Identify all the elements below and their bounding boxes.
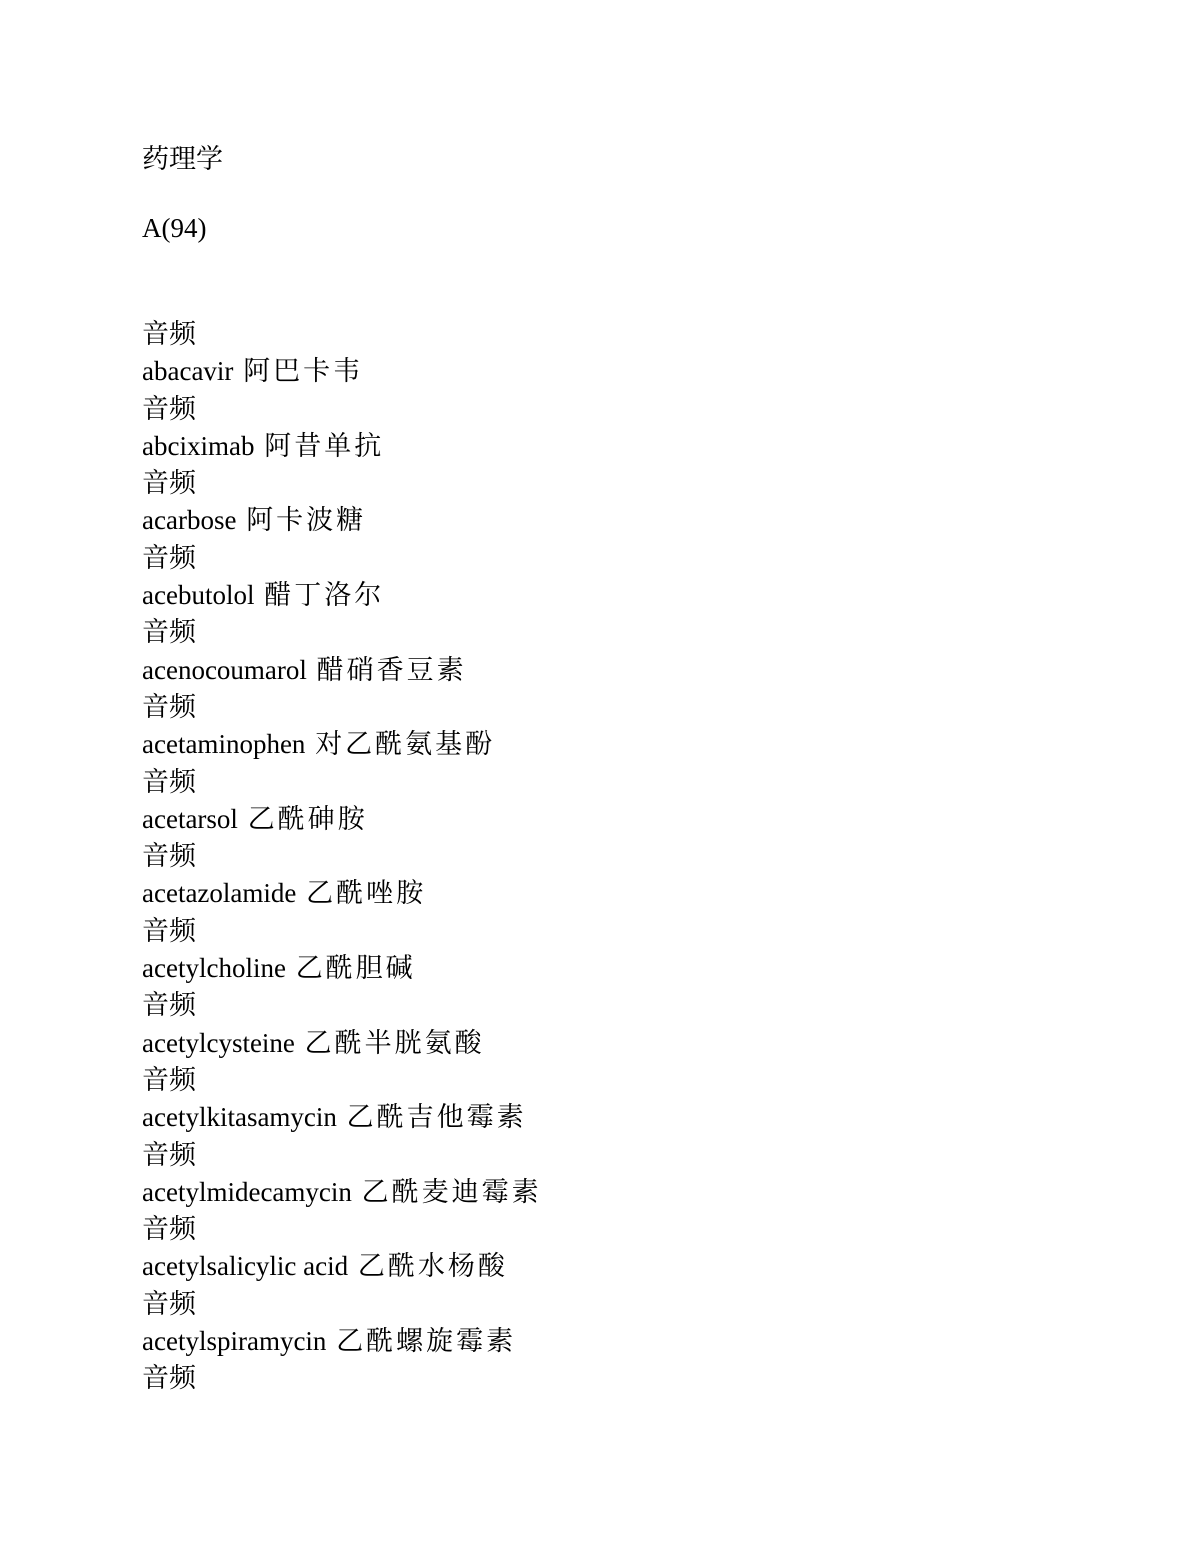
drug-name-zh: 乙酰水杨酸 [358,1251,508,1281]
audio-placeholder: 音频 [142,1062,542,1099]
audio-placeholder: 音频 [142,465,542,502]
drug-entry: acetylcysteine 乙酰半胱氨酸 [142,1025,542,1062]
drug-name-zh: 乙酰麦迪霉素 [362,1177,542,1207]
audio-placeholder: 音频 [142,764,542,801]
drug-name-zh: 醋丁洛尔 [264,580,384,610]
drug-name-en: acenocoumarol [142,655,307,685]
drug-entry: abacavir 阿巴卡韦 [142,353,542,390]
drug-name-zh: 阿昔单抗 [264,431,384,461]
drug-name-en: acetylkitasamycin [142,1102,337,1132]
drug-name-en: acetylcholine [142,953,286,983]
audio-placeholder: 音频 [142,838,542,875]
drug-entry: acetazolamide 乙酰唑胺 [142,875,542,912]
audio-placeholder: 音频 [142,1286,542,1323]
drug-name-zh: 醋硝香豆素 [317,655,467,685]
drug-name-en: acarbose [142,505,236,535]
audio-placeholder: 音频 [142,987,542,1024]
drug-name-en: acetylmidecamycin [142,1177,352,1207]
drug-entry: acetylmidecamycin 乙酰麦迪霉素 [142,1174,542,1211]
audio-placeholder: 音频 [142,540,542,577]
drug-name-zh: 乙酰胆碱 [296,953,416,983]
drug-entry: acetarsol 乙酰砷胺 [142,801,542,838]
drug-entry: abciximab 阿昔单抗 [142,428,542,465]
drug-name-en: acetylspiramycin [142,1326,326,1356]
section-heading: A(94) [142,210,542,247]
drug-name-zh: 乙酰半胱氨酸 [305,1028,485,1058]
audio-placeholder: 音频 [142,1360,542,1397]
drug-name-en: abciximab [142,431,254,461]
audio-placeholder: 音频 [142,1137,542,1174]
drug-entry: acebutolol 醋丁洛尔 [142,577,542,614]
drug-name-en: acetarsol [142,804,238,834]
drug-entry: acetylsalicylic acid 乙酰水杨酸 [142,1248,542,1285]
audio-placeholder: 音频 [142,614,542,651]
drug-entry: acetylspiramycin 乙酰螺旋霉素 [142,1323,542,1360]
drug-name-en: acetylcysteine [142,1028,295,1058]
document-page: 药理学 A(94) 音频abacavir 阿巴卡韦音频abciximab 阿昔单… [142,141,542,1398]
drug-name-zh: 乙酰螺旋霉素 [336,1326,516,1356]
drug-name-en: acetazolamide [142,878,296,908]
drug-name-en: abacavir [142,356,233,386]
audio-placeholder: 音频 [142,316,542,353]
drug-name-en: acebutolol [142,580,254,610]
audio-placeholder: 音频 [142,689,542,726]
drug-entry: acetylkitasamycin 乙酰吉他霉素 [142,1099,542,1136]
drug-name-en: acetylsalicylic acid [142,1251,348,1281]
drug-name-zh: 阿卡波糖 [246,505,366,535]
drug-list: 音频abacavir 阿巴卡韦音频abciximab 阿昔单抗音频acarbos… [142,316,542,1398]
drug-entry: acenocoumarol 醋硝香豆素 [142,652,542,689]
drug-entry: acetaminophen 对乙酰氨基酚 [142,726,542,763]
drug-name-en: acetaminophen [142,729,305,759]
drug-entry: acarbose 阿卡波糖 [142,502,542,539]
drug-name-zh: 乙酰砷胺 [248,804,368,834]
drug-entry: acetylcholine 乙酰胆碱 [142,950,542,987]
audio-placeholder: 音频 [142,391,542,428]
drug-name-zh: 乙酰唑胺 [306,878,426,908]
drug-name-zh: 阿巴卡韦 [243,356,363,386]
drug-name-zh: 对乙酰氨基酚 [315,729,495,759]
audio-placeholder: 音频 [142,913,542,950]
drug-name-zh: 乙酰吉他霉素 [347,1102,527,1132]
audio-placeholder: 音频 [142,1211,542,1248]
document-title: 药理学 [142,141,542,178]
